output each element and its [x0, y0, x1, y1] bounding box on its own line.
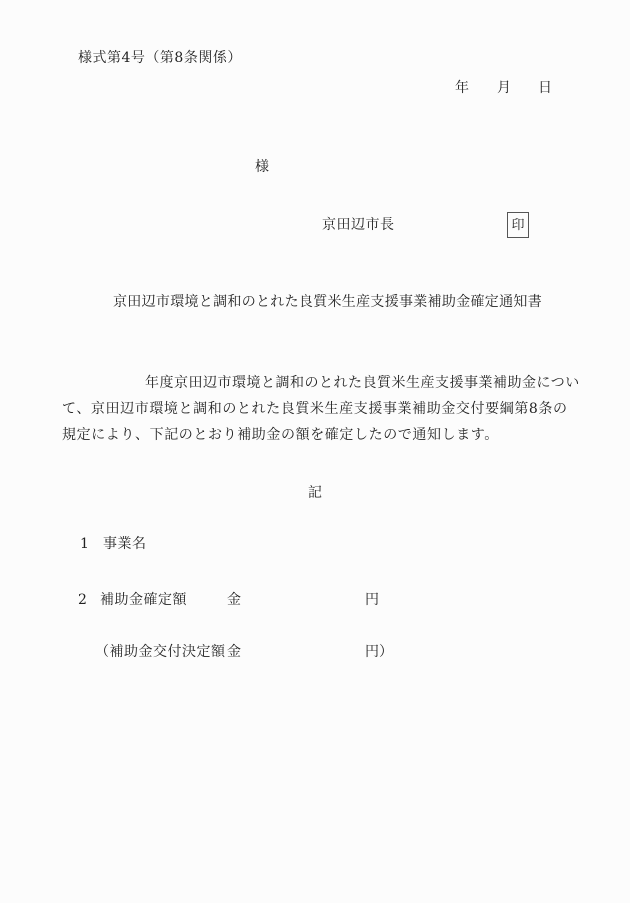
item-1-number: 1: [80, 537, 89, 551]
sender-name: 京田辺市長: [322, 218, 395, 232]
addressee-suffix: 様: [255, 160, 269, 174]
item-2-label: 補助金確定額: [100, 593, 187, 607]
item-2-sub-amount-suffix: 円）: [365, 645, 393, 659]
document-title: 京田辺市環境と調和のとれた良質米生産支援事業補助金確定通知書: [113, 295, 542, 309]
item-1-label: 事業名: [103, 537, 147, 551]
record-marker: 記: [308, 486, 322, 500]
item-2-amount-prefix: 金: [227, 593, 241, 607]
seal-label: 印: [511, 219, 524, 232]
date-month-label: 月: [497, 81, 511, 95]
seal-box: 印: [507, 212, 529, 238]
item-2-number: 2: [78, 593, 87, 607]
date-day-label: 日: [538, 81, 552, 95]
form-number: 様式第4号（第8条関係）: [78, 51, 242, 65]
body-line: 規定により、下記のとおり補助金の額を確定したので通知します。: [62, 428, 499, 442]
body-line: 年度京田辺市環境と調和のとれた良質米生産支援事業補助金につい: [145, 376, 580, 390]
body-line: て、京田辺市環境と調和のとれた良質米生産支援事業補助金交付要綱第8条の: [62, 402, 568, 416]
item-2-sub-amount-prefix: 金: [227, 645, 241, 659]
document-page: 様式第4号（第8条関係） 年 月 日 様 京田辺市長 印 京田辺市環境と調和のと…: [0, 0, 630, 903]
date-year-label: 年: [455, 81, 469, 95]
item-2-sub-label: （補助金交付決定額: [95, 645, 226, 659]
item-2-amount-suffix: 円: [365, 593, 379, 607]
